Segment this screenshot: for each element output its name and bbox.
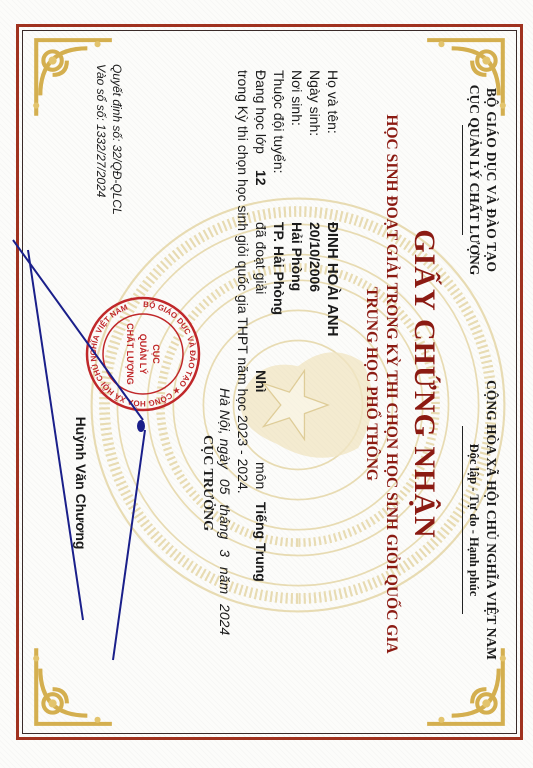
subtitle-line-2: TRUNG HỌC PHỔ THÔNG <box>361 40 381 728</box>
official-seal: BỘ GIÁO DỤC VÀ ĐÀO TẠO ★ CỘNG HÒA XÃ HỘI… <box>83 294 203 414</box>
national-motto: Độc lập - Tự do - Hạnh phúc <box>466 310 481 730</box>
field-label: Họ và tên: <box>325 70 341 134</box>
date-month-label: tháng <box>217 504 233 539</box>
certificate-title: GIẤY CHỨNG NHẬN <box>407 0 441 768</box>
award-value: Nhì <box>253 370 269 393</box>
certificate-subtitle: HỌC SINH ĐOẠT GIẢI TRONG KỲ THI CHỌN HỌC… <box>361 40 401 728</box>
field-value: TP. Hải Phòng <box>271 222 287 315</box>
certificate: BỘ GIÁO DỤC VÀ ĐÀO TẠO CỤC QUẢN LÝ CHẤT … <box>0 0 533 768</box>
field-label: Ngày sinh: <box>307 70 323 136</box>
subject-value: Tiếng Trung <box>253 502 269 582</box>
field-label: Thuộc đội tuyển: <box>271 70 287 174</box>
grade-value: 12 <box>253 170 269 186</box>
ministry-name: BỘ GIÁO DỤC VÀ ĐÀO TẠO <box>483 50 499 310</box>
subject-prefix: môn <box>253 462 269 489</box>
contest-line: trong Kỳ thi chọn học sinh giỏi quốc gia… <box>235 70 251 494</box>
subtitle-line-1: HỌC SINH ĐOẠT GIẢI TRONG KỲ THI CHỌN HỌC… <box>381 40 401 728</box>
divider <box>462 426 463 614</box>
issuing-authority: BỘ GIÁO DỤC VÀ ĐÀO TẠO CỤC QUẢN LÝ CHẤT … <box>462 50 499 310</box>
date-day: 05 <box>217 479 233 495</box>
signer-name: Huỳnh Văn Chương <box>73 388 89 578</box>
registry-number: Vào sổ số: 1332/27/2024 <box>93 64 109 215</box>
date-place: Hà Nội, ngày <box>217 388 233 469</box>
svg-text:CỤC: CỤC <box>151 344 161 364</box>
decision-reference: Quyết định số: 32/QĐ-QLCL Vào sổ số: 133… <box>93 64 125 215</box>
national-header: CỘNG HÒA XÃ HỘI CHỦ NGHĨA VIỆT NAM Độc l… <box>462 310 499 730</box>
date-month: 3 <box>217 549 233 557</box>
divider <box>462 125 463 235</box>
corner-ornament-icon <box>26 638 118 730</box>
field-value: 20/10/2006 <box>307 222 323 292</box>
svg-text:QUẢN LÝ: QUẢN LÝ <box>138 334 149 375</box>
country-name: CỘNG HÒA XÃ HỘI CHỦ NGHĨA VIỆT NAM <box>483 310 499 730</box>
award-prefix: đã đoạt giải <box>253 222 269 294</box>
field-value: Hải Phòng <box>289 222 305 291</box>
svg-text:CHẤT LƯỢNG: CHẤT LƯỢNG <box>125 323 135 385</box>
issue-date: Hà Nội, ngày 05 tháng 3 năm 2024 <box>217 388 233 641</box>
field-value: ĐINH HOÀI ANH <box>324 222 341 336</box>
field-label: Nơi sinh: <box>289 70 305 126</box>
grade-prefix: Đang học lớp <box>253 70 269 154</box>
department-name: CỤC QUẢN LÝ CHẤT LƯỢNG <box>466 50 482 310</box>
date-year: 2024 <box>217 604 233 635</box>
date-year-label: năm <box>217 567 233 594</box>
signer-role: CỤC TRƯỞNG <box>199 388 215 578</box>
decision-number: Quyết định số: 32/QĐ-QLCL <box>109 64 125 215</box>
